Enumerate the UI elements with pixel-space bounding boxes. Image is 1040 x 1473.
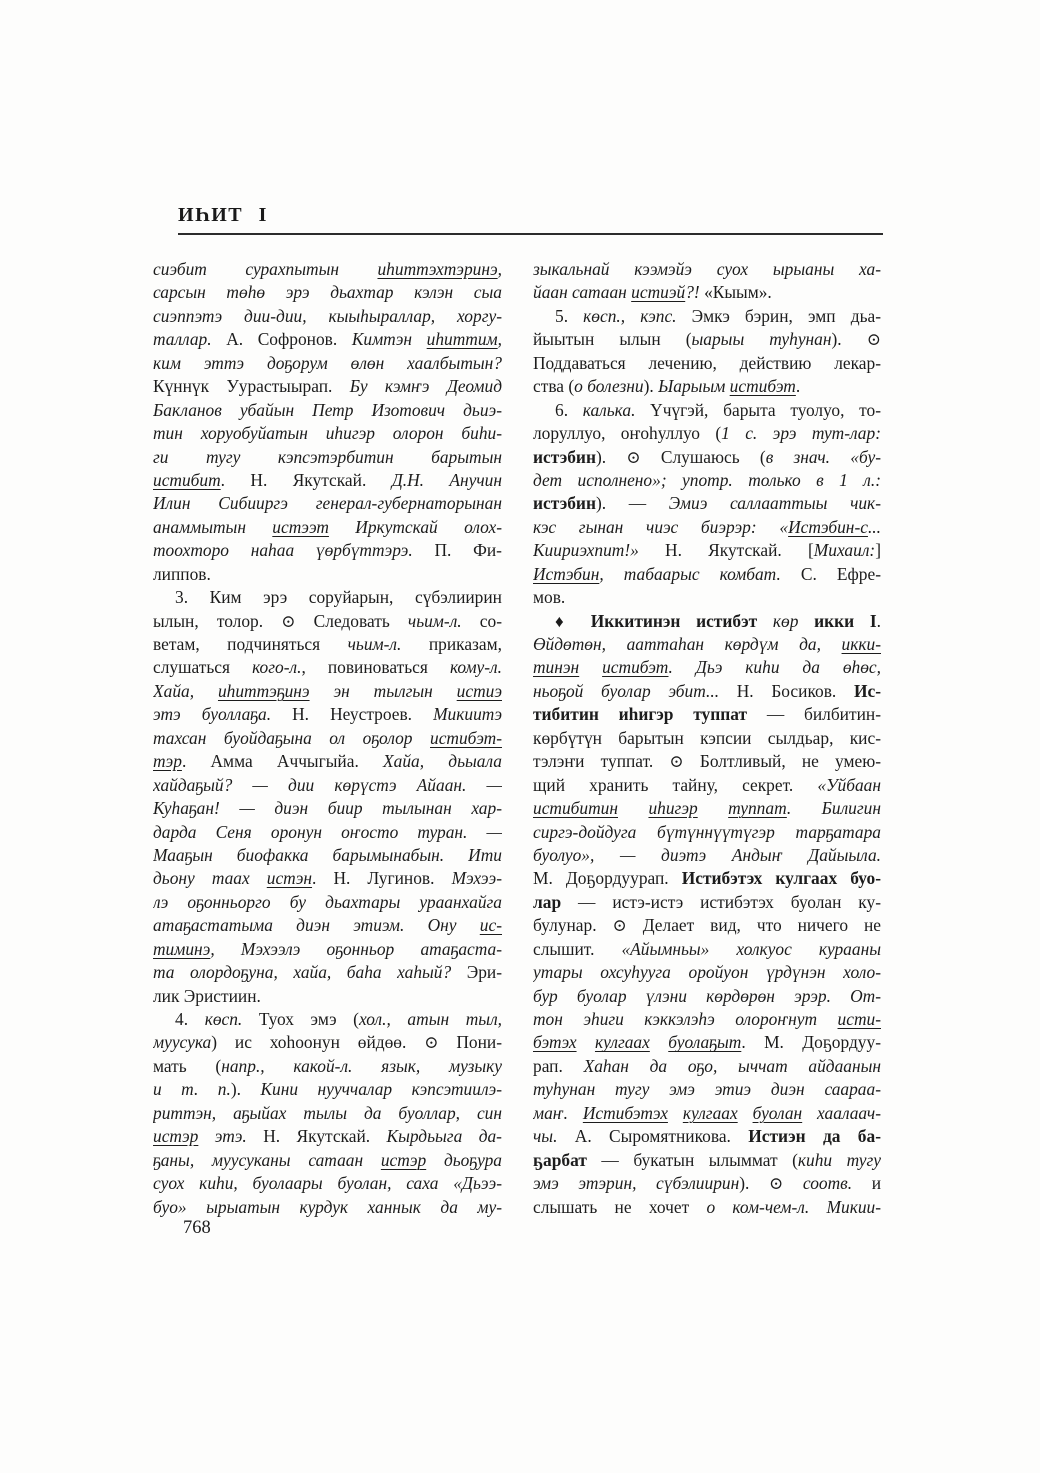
text-segment: истээт bbox=[272, 517, 329, 537]
text-segment: Н. Якутскай. [ bbox=[639, 540, 814, 560]
text-segment: Кырдьыга да- bbox=[387, 1126, 502, 1146]
text-segment: хайдаҕый? — дии көрүстэ Айаан. — bbox=[153, 775, 502, 795]
text-segment: истибэт bbox=[730, 376, 796, 396]
text-segment: тин хоруобуйатын иһигэр олорон биһи- bbox=[153, 423, 502, 443]
marker-symbol: ⊙ bbox=[281, 612, 295, 631]
text-segment: Кини нууччалар кэпсэтиилэ- bbox=[260, 1079, 502, 1099]
text-segment: слышит. bbox=[533, 939, 621, 959]
text-line: щий хранить тайну, секрет. «Уйбаан bbox=[533, 774, 881, 797]
text-line: 6. калька. Үчүгэй, барыта туолуо, то- bbox=[533, 399, 881, 422]
text-segment: иһиттэҕинэ bbox=[218, 681, 310, 701]
text-line: этэ буоллаҕа. Н. Неустроев. Микиитэ bbox=[153, 703, 502, 726]
text-line: йыытын ылын (ыарыы туһунан). ⊙ bbox=[533, 328, 881, 351]
header-rule bbox=[178, 233, 883, 235]
text-segment: та олордоҕуна, хайа, баһа хаһый? bbox=[153, 962, 451, 982]
text-segment: истиэ bbox=[457, 681, 502, 701]
text-line: сарсын төһө эрэ дьахтар кэлэн сыа bbox=[153, 281, 502, 304]
text-segment: эмэ этэрин, сүбэлиирин bbox=[533, 1173, 739, 1193]
text-segment: чьим-л. bbox=[408, 611, 462, 631]
text-line: дьону таах истэн. Н. Лугинов. Мэхээ- bbox=[153, 867, 502, 890]
text-line: Илин Сибииргэ генерал-губернаторынан bbox=[153, 492, 502, 515]
text-segment: — билбитин- bbox=[747, 704, 881, 724]
text-segment: Күннүк Уурастыырап. bbox=[153, 376, 350, 396]
text-line: слышать не хочет о ком-чем-л. Микии- bbox=[533, 1196, 881, 1219]
text-segment: Пони- bbox=[438, 1032, 502, 1052]
text-segment bbox=[698, 798, 728, 818]
text-segment: ). — bbox=[596, 493, 669, 513]
page-number: 768 bbox=[183, 1218, 211, 1239]
marker-symbol: ⊙ bbox=[669, 752, 683, 771]
text-segment: буолан bbox=[753, 1103, 803, 1123]
text-segment: . bbox=[796, 376, 800, 396]
text-segment: иһиттим bbox=[427, 329, 498, 349]
text-segment: . М. Доҕордуу- bbox=[741, 1032, 881, 1052]
text-segment: истибит bbox=[153, 470, 221, 490]
text-line: истэр этэ. Н. Якутскай. Кырдьыга да- bbox=[153, 1125, 502, 1148]
text-segment: 4. bbox=[175, 1009, 205, 1029]
text-line: лик Эристиин. bbox=[153, 985, 502, 1008]
text-segment: дьону таах bbox=[153, 868, 267, 888]
text-segment: А. Сыромятникова. bbox=[557, 1126, 748, 1146]
text-segment: Истибэтэх bbox=[583, 1103, 668, 1123]
text-line: 4. көсп. Туох эмэ (хол., атын тыл, bbox=[153, 1008, 502, 1031]
text-segment: кулгаах bbox=[595, 1032, 650, 1052]
text-line: тэлэҥи туппат. ⊙ Болтливый, не умею- bbox=[533, 750, 881, 773]
text-line: атаҕастатыма диэн этиэм. Ону ис- bbox=[153, 914, 502, 937]
text-line: туһунан тугу эмэ этиэ диэн саараа- bbox=[533, 1078, 881, 1101]
text-line: бэтэх кулгаах буолаҕыт. М. Доҕордуу- bbox=[533, 1031, 881, 1054]
text-segment bbox=[798, 611, 814, 631]
text-segment: в знач. «бу- bbox=[766, 447, 881, 467]
marker-symbol: ♦ bbox=[555, 612, 575, 631]
text-segment: Иркутскай олох- bbox=[329, 517, 502, 537]
text-segment: слушаться bbox=[153, 657, 252, 677]
text-segment: көрбүтүн барытын кэпсии сылдьар, кис- bbox=[533, 728, 881, 748]
text-segment: . bbox=[877, 611, 881, 631]
text-segment: приказам, bbox=[401, 634, 502, 654]
marker-symbol: ⊙ bbox=[613, 916, 627, 935]
text-segment: тинэн bbox=[533, 657, 579, 677]
text-segment: туһунан тугу эмэ этиэ диэн саараа- bbox=[533, 1079, 881, 1099]
text-segment: бэтэх bbox=[533, 1032, 577, 1052]
text-segment: ис- bbox=[480, 915, 502, 935]
text-segment: чы. bbox=[533, 1126, 557, 1146]
text-segment: этэ. bbox=[198, 1126, 246, 1146]
text-line: эмэ этэрин, сүбэлиирин). ⊙ соотв. и bbox=[533, 1172, 881, 1195]
text-segment: Истэбин bbox=[533, 564, 599, 584]
text-line: Хайа, иһиттэҕинэ эн тылгын истиэ bbox=[153, 680, 502, 703]
text-segment: ). bbox=[231, 1079, 261, 1099]
marker-symbol: ⊙ bbox=[769, 1174, 783, 1193]
text-segment: Кимтэн bbox=[352, 329, 427, 349]
text-segment: «Айымньы» холкуос курааны bbox=[621, 939, 881, 959]
text-line: тэр. Амма Аччыгыйа. Хайа, дьыала bbox=[153, 750, 502, 773]
text-segment: напр., какой-л. язык, музыку bbox=[221, 1056, 502, 1076]
text-line: дарда Сеня оронун оҥосто туран. — bbox=[153, 821, 502, 844]
text-segment: , bbox=[498, 329, 502, 349]
text-segment: Д.Н. Анучин bbox=[392, 470, 502, 490]
text-segment: Истибэтэх кулгаах буо- bbox=[682, 868, 881, 888]
text-segment: истэбин bbox=[533, 493, 596, 513]
text-segment: ньоҕой буолар эбит... bbox=[533, 681, 719, 701]
text-line: Истэбин, табаарыс комбат. С. Ефре- bbox=[533, 563, 881, 586]
text-segment: кулгаах bbox=[683, 1103, 738, 1123]
text-line: лэ оҕонньорго бу дьахтары ураанхайга bbox=[153, 891, 502, 914]
text-line: истибитин иһигэр туппат. Билигин bbox=[533, 797, 881, 820]
text-segment: Н. Неустроев. bbox=[271, 704, 433, 724]
text-segment: истэбин bbox=[533, 447, 596, 467]
text-segment: Истэбин-с bbox=[788, 517, 868, 537]
text-segment: ылын, толор. bbox=[153, 611, 281, 631]
text-segment bbox=[618, 798, 648, 818]
text-line: 3. Ким эрэ соруйарын, сүбэлиирин bbox=[153, 586, 502, 609]
text-segment: буолаҕыт bbox=[668, 1032, 741, 1052]
text-segment: о ком-чем-л. Микии- bbox=[706, 1197, 881, 1217]
text-segment: Үчүгэй, барыта туолуо, то- bbox=[635, 400, 881, 420]
text-segment: риттэн, аҕыйах тылы да буоллар, син bbox=[153, 1103, 502, 1123]
text-line: ылын, толор. ⊙ Следовать чьим-л. со- bbox=[153, 610, 502, 633]
text-segment: иһигэр bbox=[648, 798, 697, 818]
left-text-column: сиэбит сурахпытын иһиттэхтэринэ,сарсын т… bbox=[153, 258, 502, 1219]
text-line: та олордоҕуна, хайа, баһа хаһый? Эри- bbox=[153, 961, 502, 984]
text-segment: тон эһиги кэккэлэһэ олороҥнут bbox=[533, 1009, 838, 1029]
text-segment: ги тугу кэпсэтэрбитин барытын bbox=[153, 447, 502, 467]
text-line: лоруллуо, оҥоһуллуо (1 с. эрэ тут-лар: bbox=[533, 422, 881, 445]
text-line: Киириэхпит!» Н. Якутскай. [Михаил:] bbox=[533, 539, 881, 562]
text-segment: , повиноваться bbox=[301, 657, 450, 677]
marker-symbol: ⊙ bbox=[626, 448, 640, 467]
text-segment: М. Доҕордуурап. bbox=[533, 868, 682, 888]
text-line: буо» ырыатын курдук ханнык да му- bbox=[153, 1196, 502, 1219]
text-segment: буо» ырыатын курдук ханнык да му- bbox=[153, 1197, 502, 1217]
text-segment: киһи тугу bbox=[798, 1150, 881, 1170]
text-line: бур буолар үлэни көрдөрөн эрэр. От- bbox=[533, 985, 881, 1008]
text-segment: липпов. bbox=[153, 564, 211, 584]
text-segment: көр bbox=[773, 611, 799, 631]
text-segment: . Билигин bbox=[787, 798, 881, 818]
text-line: дет исполнено»; употр. только в 1 л.: bbox=[533, 469, 881, 492]
text-segment: Ис- bbox=[854, 681, 881, 701]
text-segment: ). bbox=[644, 376, 659, 396]
text-segment: Делает вид, что ничего не bbox=[627, 915, 881, 935]
text-segment: сиэбит сурахпытын bbox=[153, 259, 377, 279]
text-segment: буолуо», — диэтэ Андыҥ Дайыыла. bbox=[533, 845, 881, 865]
text-segment: и т. п. bbox=[153, 1079, 231, 1099]
text-segment: зыкальнай кээмэйэ суох ырыаны ха- bbox=[533, 259, 881, 279]
text-segment: Следовать bbox=[296, 611, 408, 631]
text-segment bbox=[738, 1103, 753, 1123]
text-segment: Иккитинэн истибэт bbox=[591, 611, 773, 631]
text-line: тоохторо наһаа үөрбүттэрэ. П. Фи- bbox=[153, 539, 502, 562]
text-segment: сарсын төһө эрэ дьахтар кэлэн сыа bbox=[153, 282, 502, 302]
text-segment: 6. bbox=[555, 400, 583, 420]
text-segment: истибэт bbox=[602, 657, 668, 677]
text-segment: суох киһи, буолаары буолан, саха «Дьээ- bbox=[153, 1173, 502, 1193]
text-line: суох киһи, буолаары буолан, саха «Дьээ- bbox=[153, 1172, 502, 1195]
text-segment: П. Фи- bbox=[413, 540, 502, 560]
text-segment: Микиитэ bbox=[433, 704, 502, 724]
text-line: ♦ Иккитинэн истибэт көр икки I. bbox=[533, 610, 881, 633]
text-line: ветам, подчиняться чьим-л. приказам, bbox=[153, 633, 502, 656]
text-line: истибит. Н. Якутскай. Д.Н. Анучин bbox=[153, 469, 502, 492]
text-segment: истибэт- bbox=[430, 728, 502, 748]
text-segment: Хаһан да оҕо, ыччат айдаанын bbox=[584, 1056, 881, 1076]
text-line: ги тугу кэпсэтэрбитин барытын bbox=[153, 446, 502, 469]
text-segment: ким эттэ доҕорум өлөн хаалбытын? bbox=[153, 353, 502, 373]
text-segment: чьим-л. bbox=[348, 634, 402, 654]
text-line: ҕарбат — букатын ылыммат (киһи тугу bbox=[533, 1149, 881, 1172]
text-segment: дет исполнено»; употр. только в 1 л.: bbox=[533, 470, 881, 490]
text-segment: дьоҕура bbox=[426, 1150, 502, 1170]
text-line: липпов. bbox=[153, 563, 502, 586]
text-line: йаан сатаан истиэй?! «Кыым». bbox=[533, 281, 881, 304]
text-line: тон эһиги кэккэлэһэ олороҥнут исти- bbox=[533, 1008, 881, 1031]
text-segment bbox=[575, 611, 591, 631]
text-line: истэбин). ⊙ Слушаюсь (в знач. «бу- bbox=[533, 446, 881, 469]
text-segment: мать ( bbox=[153, 1056, 221, 1076]
text-segment: икки- bbox=[842, 634, 881, 654]
text-segment: исти- bbox=[838, 1009, 881, 1029]
text-segment: лик Эристиин. bbox=[153, 986, 261, 1006]
text-segment: «Кыым». bbox=[704, 282, 772, 302]
text-segment: маҥ. bbox=[533, 1103, 583, 1123]
marker-symbol: ⊙ bbox=[424, 1033, 438, 1052]
text-segment: муусука bbox=[153, 1032, 211, 1052]
text-line: анаммытын истээт Иркутскай олох- bbox=[153, 516, 502, 539]
text-segment: этэ буоллаҕа. bbox=[153, 704, 271, 724]
text-line: ҕаны, муусуканы сатаан истэр дьоҕура bbox=[153, 1149, 502, 1172]
text-segment: көсп. bbox=[205, 1009, 243, 1029]
text-segment: тахсан буойдаҕына ол оҕолор bbox=[153, 728, 430, 748]
text-segment: — истэ-истэ истибэтэх буолан ку- bbox=[561, 892, 881, 912]
text-line: и т. п.). Кини нууччалар кэпсэтиилэ- bbox=[153, 1078, 502, 1101]
text-segment bbox=[668, 1103, 683, 1123]
text-segment: хаалаач- bbox=[802, 1103, 881, 1123]
text-segment: кому-л. bbox=[450, 657, 502, 677]
text-line: тахсан буойдаҕына ол оҕолор истибэт- bbox=[153, 727, 502, 750]
text-segment: Н. Якутскай. bbox=[247, 1126, 387, 1146]
text-segment: ства ( bbox=[533, 376, 574, 396]
right-text-column: зыкальнай кээмэйэ суох ырыаны ха-йаан са… bbox=[533, 258, 881, 1219]
text-segment: Туох эмэ ( bbox=[242, 1009, 359, 1029]
text-segment: 5. bbox=[555, 306, 583, 326]
text-segment: истибитин bbox=[533, 798, 618, 818]
text-segment: С. Ефре- bbox=[781, 564, 881, 584]
text-segment: лар bbox=[533, 892, 561, 912]
text-segment: кого-л. bbox=[252, 657, 301, 677]
text-segment: Бакланов убайын Петр Изотович дьиэ- bbox=[153, 400, 502, 420]
text-segment: Эри- bbox=[451, 962, 502, 982]
text-segment: истэр bbox=[153, 1126, 198, 1146]
text-line: лар — истэ-истэ истибэтэх буолан ку- bbox=[533, 891, 881, 914]
text-line: ства (о болезни). Ыарыым истибэт. bbox=[533, 375, 881, 398]
text-segment: . Н. Лугинов. bbox=[312, 868, 452, 888]
text-segment: — букатын ылыммат ( bbox=[587, 1150, 798, 1170]
text-segment: утары охсуһууга оройуон үрдүнэн холо- bbox=[533, 962, 881, 982]
text-segment: истэн bbox=[267, 868, 312, 888]
text-line: истэбин). — Эмиэ саллааттыы чик- bbox=[533, 492, 881, 515]
text-segment: о болезни bbox=[574, 376, 643, 396]
text-segment: лэ оҕонньорго бу дьахтары ураанхайга bbox=[153, 892, 502, 912]
text-segment: ҕарбат bbox=[533, 1150, 587, 1170]
text-line: М. Доҕордуурап. Истибэтэх кулгаах буо- bbox=[533, 867, 881, 890]
text-segment: Михаил: bbox=[814, 540, 875, 560]
text-line: Поддаваться лечению, действию лекар- bbox=[533, 352, 881, 375]
text-segment: Мааҕын биофакка барымынабын. Ити bbox=[153, 845, 502, 865]
text-segment: лоруллуо, оҥоһуллуо ( bbox=[533, 423, 721, 443]
text-segment: рап. bbox=[533, 1056, 584, 1076]
text-segment: , Мэхээлэ оҕонньор атаҕаста- bbox=[210, 939, 502, 959]
text-segment: Н. Босиков. bbox=[719, 681, 854, 701]
running-head: ИҺИТ I bbox=[178, 204, 268, 227]
text-segment: бур буолар үлэни көрдөрөн эрэр. От- bbox=[533, 986, 881, 1006]
text-segment: ). bbox=[832, 329, 867, 349]
text-line: булунар. ⊙ Делает вид, что ничего не bbox=[533, 914, 881, 937]
text-segment: соотв. bbox=[803, 1173, 852, 1193]
text-line: слышит. «Айымньы» холкуос курааны bbox=[533, 938, 881, 961]
text-segment: Хайа, дьыала bbox=[383, 751, 502, 771]
text-segment: Эмкэ бэрин, эмп дьа- bbox=[677, 306, 881, 326]
text-segment: «Уйбаан bbox=[817, 775, 881, 795]
text-line: көрбүтүн барытын кэпсии сылдьар, кис- bbox=[533, 727, 881, 750]
text-segment: щий хранить тайну, секрет. bbox=[533, 775, 817, 795]
text-segment: сиргэ-дойдуга бүтүннүүтүгэр тарҕатара bbox=[533, 822, 881, 842]
text-segment: . Дьэ киһи да өһөс, bbox=[669, 657, 881, 677]
text-line: Күннүк Уурастыырап. Бу кэмҥэ Деомид bbox=[153, 375, 502, 398]
text-segment: . Амма Аччыгыйа. bbox=[182, 751, 383, 771]
text-segment: ] bbox=[875, 540, 881, 560]
text-line: тиминэ, Мэхээлэ оҕонньор атаҕаста- bbox=[153, 938, 502, 961]
text-segment: Илин Сибииргэ генерал-губернаторынан bbox=[153, 493, 502, 513]
text-segment: туппат bbox=[728, 798, 787, 818]
text-line: тин хоруобуйатын иһигэр олорон биһи- bbox=[153, 422, 502, 445]
text-line: кэс гынан чиэс биэрэр: «Истэбин-с... bbox=[533, 516, 881, 539]
text-segment: булунар. bbox=[533, 915, 613, 935]
text-line: тибитин иһигэр туппат — билбитин- bbox=[533, 703, 881, 726]
text-segment bbox=[577, 1032, 595, 1052]
text-segment bbox=[650, 1032, 668, 1052]
text-segment: сиэппэтэ дии-дии, кыыһыраллар, хоргу- bbox=[153, 306, 502, 326]
text-segment: калька. bbox=[583, 400, 636, 420]
text-line: утары охсуһууга оройуон үрдүнэн холо- bbox=[533, 961, 881, 984]
text-segment: иһиттэхтэринэ bbox=[377, 259, 497, 279]
text-segment: А. Софронов. bbox=[212, 329, 352, 349]
text-line: Куһаҕан! — диэн биир тылынан хар- bbox=[153, 797, 502, 820]
text-segment: Өйдөтөн, ааттаһан көрдүм да, bbox=[533, 634, 842, 654]
text-line: тинэн истибэт. Дьэ киһи да өһөс, bbox=[533, 656, 881, 679]
text-segment: тэр bbox=[153, 751, 182, 771]
text-segment: Хайа, bbox=[153, 681, 218, 701]
text-segment: истэр bbox=[381, 1150, 426, 1170]
text-line: буолуо», — диэтэ Андыҥ Дайыыла. bbox=[533, 844, 881, 867]
text-segment: ). bbox=[596, 447, 626, 467]
text-segment: и bbox=[852, 1173, 881, 1193]
text-line: Бакланов убайын Петр Изотович дьиэ- bbox=[153, 399, 502, 422]
text-segment: ?! bbox=[685, 282, 704, 302]
text-segment: ҕаны, муусуканы сатаан bbox=[153, 1150, 381, 1170]
text-segment: 3. Ким эрэ соруйарын, сүбэлиирин bbox=[175, 587, 502, 607]
text-line: таллар. А. Софронов. Кимтэн иһиттим, bbox=[153, 328, 502, 351]
text-segment: ... bbox=[868, 517, 881, 537]
text-line: хайдаҕый? — дии көрүстэ Айаан. — bbox=[153, 774, 502, 797]
text-segment: таллар. bbox=[153, 329, 212, 349]
text-line: муусука) ис хоһоонун өйдөө. ⊙ Пони- bbox=[153, 1031, 502, 1054]
text-line: 5. көсп., кэпс. Эмкэ бэрин, эмп дьа- bbox=[533, 305, 881, 328]
text-segment: , bbox=[498, 259, 502, 279]
text-segment: Киириэхпит!» bbox=[533, 540, 639, 560]
text-segment: Болтливый, не умею- bbox=[684, 751, 881, 771]
text-segment: 1 с. эрэ тут-лар: bbox=[721, 423, 881, 443]
text-segment: эн тылгын bbox=[310, 681, 457, 701]
text-segment: атаҕастатыма диэн этиэм. Ону bbox=[153, 915, 480, 935]
text-line: зыкальнай кээмэйэ суох ырыаны ха- bbox=[533, 258, 881, 281]
text-line: сиэбит сурахпытын иһиттэхтэринэ, bbox=[153, 258, 502, 281]
text-segment: тэлэҥи туппат. bbox=[533, 751, 669, 771]
text-line: сиэппэтэ дии-дии, кыыһыраллар, хоргу- bbox=[153, 305, 502, 328]
text-segment: йыытын ылын ( bbox=[533, 329, 692, 349]
text-segment: мов. bbox=[533, 587, 565, 607]
text-segment bbox=[783, 1173, 803, 1193]
text-segment: со- bbox=[462, 611, 502, 631]
text-line: мов. bbox=[533, 586, 881, 609]
text-segment: тиминэ bbox=[153, 939, 210, 959]
text-line: ньоҕой буолар эбит... Н. Босиков. Ис- bbox=[533, 680, 881, 703]
text-segment: . Н. Якутскай. bbox=[221, 470, 392, 490]
marker-symbol: ⊙ bbox=[867, 330, 881, 349]
text-segment: слышать не хочет bbox=[533, 1197, 706, 1217]
text-line: мать (напр., какой-л. язык, музыку bbox=[153, 1055, 502, 1078]
text-line: маҥ. Истибэтэх кулгаах буолан хаалаач- bbox=[533, 1102, 881, 1125]
text-line: Мааҕын биофакка барымынабын. Ити bbox=[153, 844, 502, 867]
text-segment: көсп., кэпс. bbox=[583, 306, 676, 326]
text-segment: хол., атын тыл, bbox=[359, 1009, 502, 1029]
text-segment: икки I bbox=[814, 611, 877, 631]
text-segment: ветам, подчиняться bbox=[153, 634, 348, 654]
text-segment: тибитин иһигэр туппат bbox=[533, 704, 747, 724]
text-segment: Бу кэмҥэ Деомид bbox=[350, 376, 502, 396]
text-segment: Куһаҕан! — диэн биир тылынан хар- bbox=[153, 798, 502, 818]
text-segment: Эмиэ саллааттыы чик- bbox=[669, 493, 881, 513]
text-line: сиргэ-дойдуга бүтүннүүтүгэр тарҕатара bbox=[533, 821, 881, 844]
text-segment: Ыарыым bbox=[658, 376, 730, 396]
text-segment: ыарыы туһунан bbox=[692, 329, 832, 349]
text-segment: ) ис хоһоонун өйдөө. bbox=[211, 1032, 424, 1052]
text-segment bbox=[579, 657, 602, 677]
text-segment: анаммытын bbox=[153, 517, 272, 537]
text-segment: ). bbox=[739, 1173, 769, 1193]
text-segment: кэс гынан чиэс биэрэр: « bbox=[533, 517, 788, 537]
text-line: слушаться кого-л., повиноваться кому-л. bbox=[153, 656, 502, 679]
text-segment: Мэхээ- bbox=[452, 868, 502, 888]
text-segment: , табаарыс комбат. bbox=[599, 564, 780, 584]
text-segment: Истиэн да ба- bbox=[748, 1126, 881, 1146]
text-segment: Слушаюсь ( bbox=[641, 447, 766, 467]
text-segment: йаан сатаан bbox=[533, 282, 631, 302]
text-line: Өйдөтөн, ааттаһан көрдүм да, икки- bbox=[533, 633, 881, 656]
text-line: рап. Хаһан да оҕо, ыччат айдаанын bbox=[533, 1055, 881, 1078]
text-line: чы. А. Сыромятникова. Истиэн да ба- bbox=[533, 1125, 881, 1148]
text-line: ким эттэ доҕорум өлөн хаалбытын? bbox=[153, 352, 502, 375]
text-segment: тоохторо наһаа үөрбүттэрэ. bbox=[153, 540, 413, 560]
dictionary-page: ИҺИТ I сиэбит сурахпытын иһиттэхтэринэ,с… bbox=[0, 0, 1040, 1473]
text-line: риттэн, аҕыйах тылы да буоллар, син bbox=[153, 1102, 502, 1125]
text-segment: истиэй bbox=[631, 282, 685, 302]
text-segment: Поддаваться лечению, действию лекар- bbox=[533, 353, 881, 373]
text-segment: дарда Сеня оронун оҥосто туран. — bbox=[153, 822, 502, 842]
